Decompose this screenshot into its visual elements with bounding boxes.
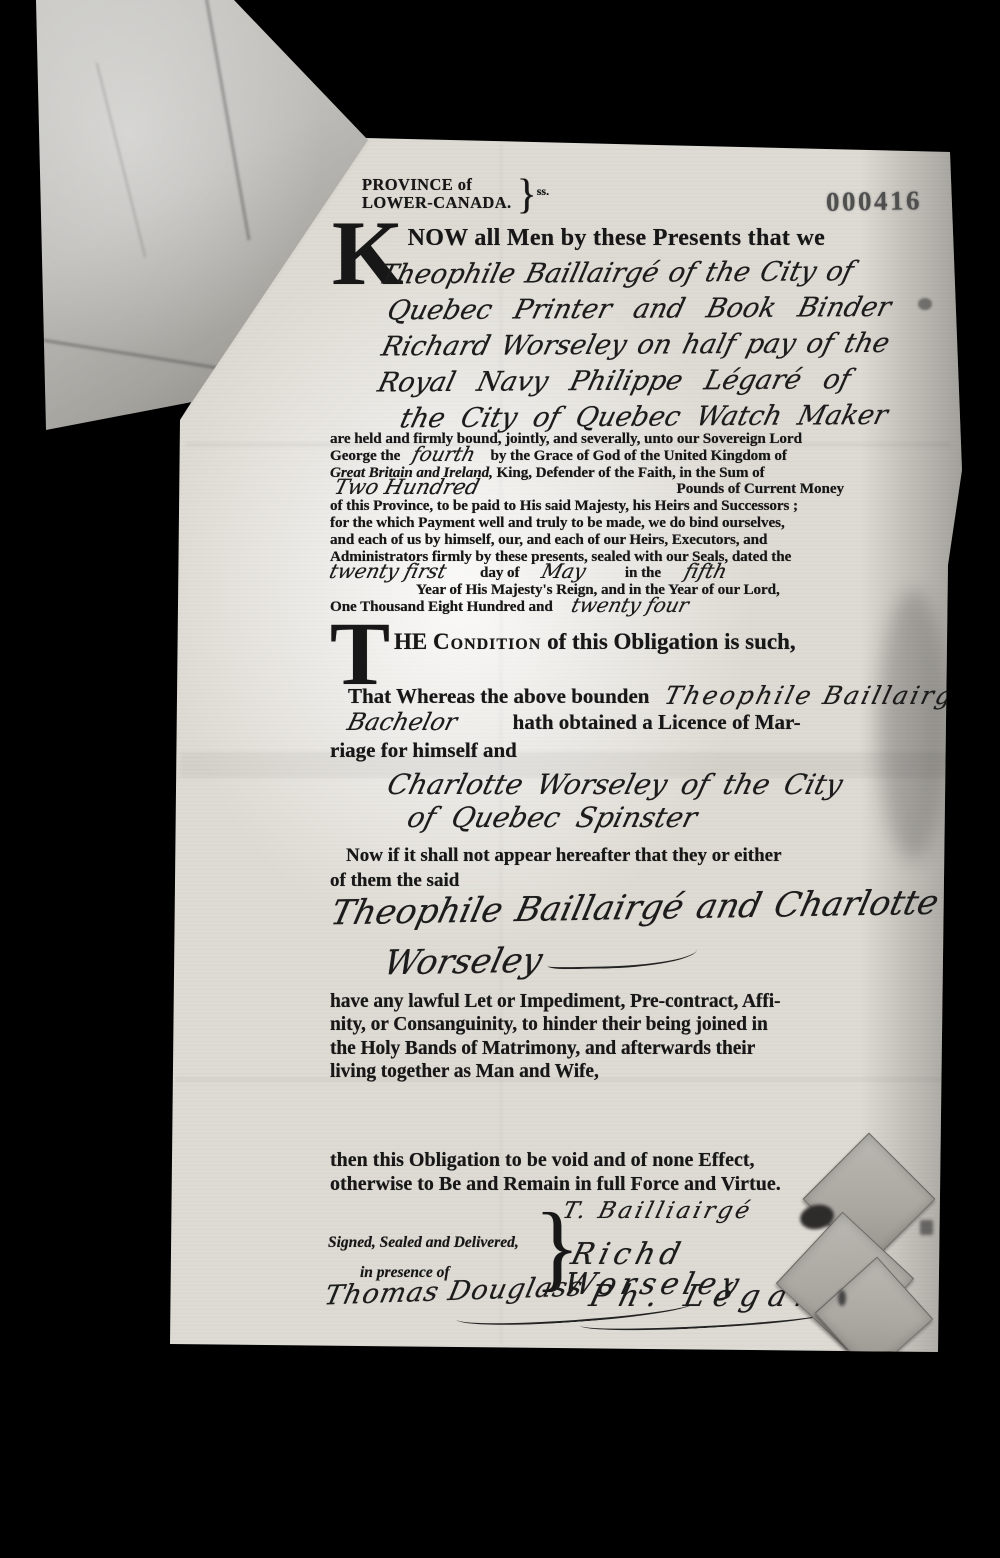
bride-name-handwritten: of Quebec Spinster (326, 802, 848, 834)
void-clause: then this Obligation to be void and of n… (330, 1148, 781, 1196)
obligor-line: Royal Navy Philippe Légaré of (346, 362, 835, 401)
bond-year-line: One Thousand Eight Hundred and twenty fo… (330, 599, 844, 616)
void-line: then this Obligation to be void and of n… (330, 1148, 781, 1172)
ss-abbreviation: ss. (537, 184, 549, 199)
ink-speck (918, 298, 932, 310)
whereas-line: That Whereas the above bounden Theophile… (330, 684, 844, 709)
day-handwritten: twenty first (329, 566, 448, 576)
bond-line: are held and firmly bound, jointly, and … (330, 431, 844, 448)
bond-text: King, Defender of the Faith, in the Sum … (497, 464, 765, 481)
bond-clause: are held and firmly bound, jointly, and … (330, 431, 844, 616)
province-line-1: PROVINCE of (362, 176, 512, 194)
condition-body: That Whereas the above bounden Theophile… (330, 684, 844, 893)
impediment-line: the Holy Bands of Matrimony, and afterwa… (330, 1037, 780, 1060)
bachelor-handwritten: Bachelor (347, 716, 459, 728)
bond-line: Two Hundred Pounds of Current Money (330, 481, 844, 498)
obligor-line: Theophile Baillairgé of the City of (345, 254, 834, 293)
impediment-line: have any lawful Let or Impediment, Pre-c… (330, 990, 780, 1013)
month-handwritten: May (540, 566, 586, 576)
condition-text: riage for himself and (330, 738, 844, 763)
seal-mark (838, 1290, 846, 1306)
condition-heading-text: HE Condition of this Obligation is such, (394, 629, 796, 655)
scanned-document-photo: PROVINCE of LOWER-CANADA. } ss. 000416 K… (0, 0, 1000, 1558)
impediment-line: living together as Man and Wife, (330, 1060, 780, 1083)
regnal-year-handwritten: fifth (684, 566, 728, 576)
couple-names-handwritten: Theophile Baillairgé and Charlotte Worse… (331, 877, 939, 990)
bond-line: of this Province, to be paid to His said… (330, 498, 844, 515)
stamp-number: 000416 (826, 185, 923, 218)
bond-line: for the which Payment well and truly to … (330, 515, 844, 532)
signature-baillairge: T. Bailliairgé (560, 1200, 755, 1223)
heading-smallcaps: Condition (433, 629, 541, 654)
dropcap-t: T (330, 620, 390, 690)
obligor-names-handwritten: Theophile Baillairgé of the City of Queb… (349, 254, 830, 437)
bride-name-handwritten: Charlotte Worseley of the City (326, 768, 848, 802)
condition-text: hath obtained a Licence of Mar- (513, 710, 801, 734)
pen-flourish (547, 949, 697, 970)
bond-text: George the (330, 448, 400, 465)
fold-crease (96, 63, 146, 258)
condition-heading: T HE Condition of this Obligation is suc… (330, 620, 796, 690)
bond-text: Pounds of Current Money (677, 481, 844, 498)
bond-line: George the fourth by the Grace of God of… (330, 448, 844, 465)
bond-text: day of (480, 565, 519, 582)
impediment-paragraph: have any lawful Let or Impediment, Pre-c… (330, 990, 780, 1084)
condition-text: That Whereas the above bounden (348, 684, 649, 708)
obligor-line: Quebec Printer and Book Binder (345, 290, 834, 329)
heading-post: of this Obligation is such, (541, 629, 795, 654)
bond-date-line: twenty first day of May in the fifth (330, 565, 844, 582)
know-text: NOW all Men by these Presents that we (408, 225, 826, 252)
signed-sealed-label: Signed, Sealed and Delivered, (328, 1234, 519, 1252)
heading-pre: HE (394, 629, 433, 654)
execution-block: T. Bailliairgé Signed, Sealed and Delive… (328, 1192, 858, 1357)
couple-names-line2: Worseley (332, 929, 939, 990)
now-clause: Now if it shall not appear hereafter tha… (330, 843, 844, 868)
bleed-through-mark (920, 1220, 933, 1235)
bachelor-line: Bachelor hath obtained a Licence of Mar- (330, 709, 844, 738)
obligor-line: Richard Worseley on half pay of the (346, 326, 835, 365)
fold-crease (204, 0, 250, 240)
bond-text: by the Grace of God of the United Kingdo… (490, 448, 786, 465)
bond-line: and each of us by himself, our, and each… (330, 532, 844, 549)
regnal-name-handwritten: fourth (410, 449, 476, 466)
edge-stain (878, 590, 948, 860)
couple-names-line: Theophile Baillairgé and Charlotte (326, 877, 944, 940)
groom-name-handwritten: Theophile Baillairgé (664, 690, 973, 703)
impediment-line: nity, or Consanguinity, to hinder their … (330, 1013, 780, 1036)
sum-handwritten: Two Hundred (332, 482, 480, 499)
surname-handwritten: Worseley (327, 936, 548, 990)
header-brace: } (517, 176, 537, 214)
year-handwritten: twenty four (571, 600, 690, 610)
bond-text: in the (625, 565, 661, 582)
